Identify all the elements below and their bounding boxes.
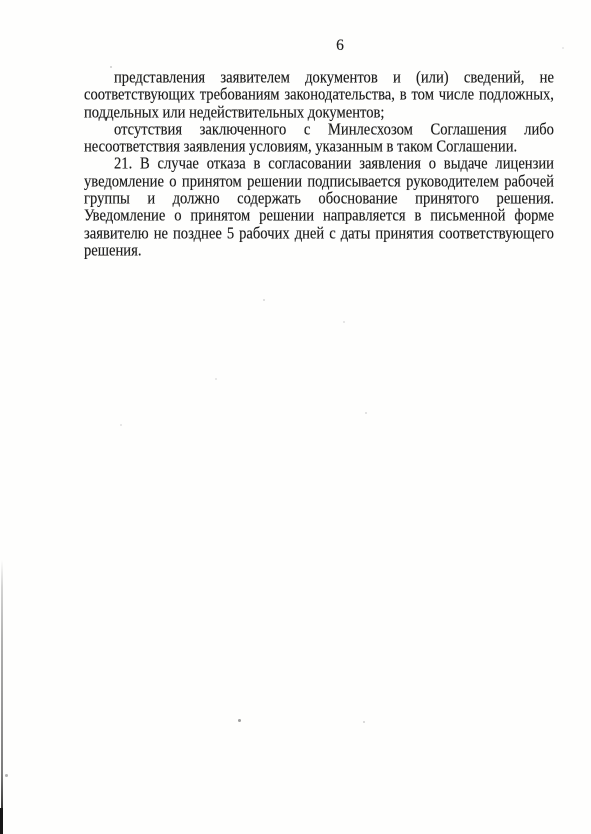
page-number: 6 bbox=[300, 37, 380, 55]
scan-speck bbox=[363, 721, 365, 723]
scan-speck bbox=[215, 378, 217, 380]
text-line: Уведомлениеопринятомрешениинаправляетсяв… bbox=[84, 207, 554, 226]
text-line: соответствующихтребованиямзаконодательст… bbox=[84, 86, 554, 105]
scan-speck bbox=[263, 299, 265, 301]
scan-speck bbox=[365, 412, 367, 414]
document-page: 6 представлениязаявителемдокументови(или… bbox=[0, 0, 591, 834]
scan-speck bbox=[343, 321, 345, 323]
text-line: решения. bbox=[84, 242, 554, 261]
scan-speck bbox=[120, 424, 122, 426]
scan-speck bbox=[110, 66, 112, 68]
text-line: 21.Вслучаеотказавсогласованиизаявленияов… bbox=[84, 155, 554, 174]
scan-speck bbox=[562, 47, 564, 49]
text-block: представлениязаявителемдокументови(или)с… bbox=[84, 70, 554, 260]
scan-speck bbox=[238, 719, 241, 722]
scan-speck bbox=[5, 774, 8, 777]
scan-edge-artifact bbox=[1, 560, 3, 834]
scan-edge-artifact-dark bbox=[0, 808, 3, 834]
